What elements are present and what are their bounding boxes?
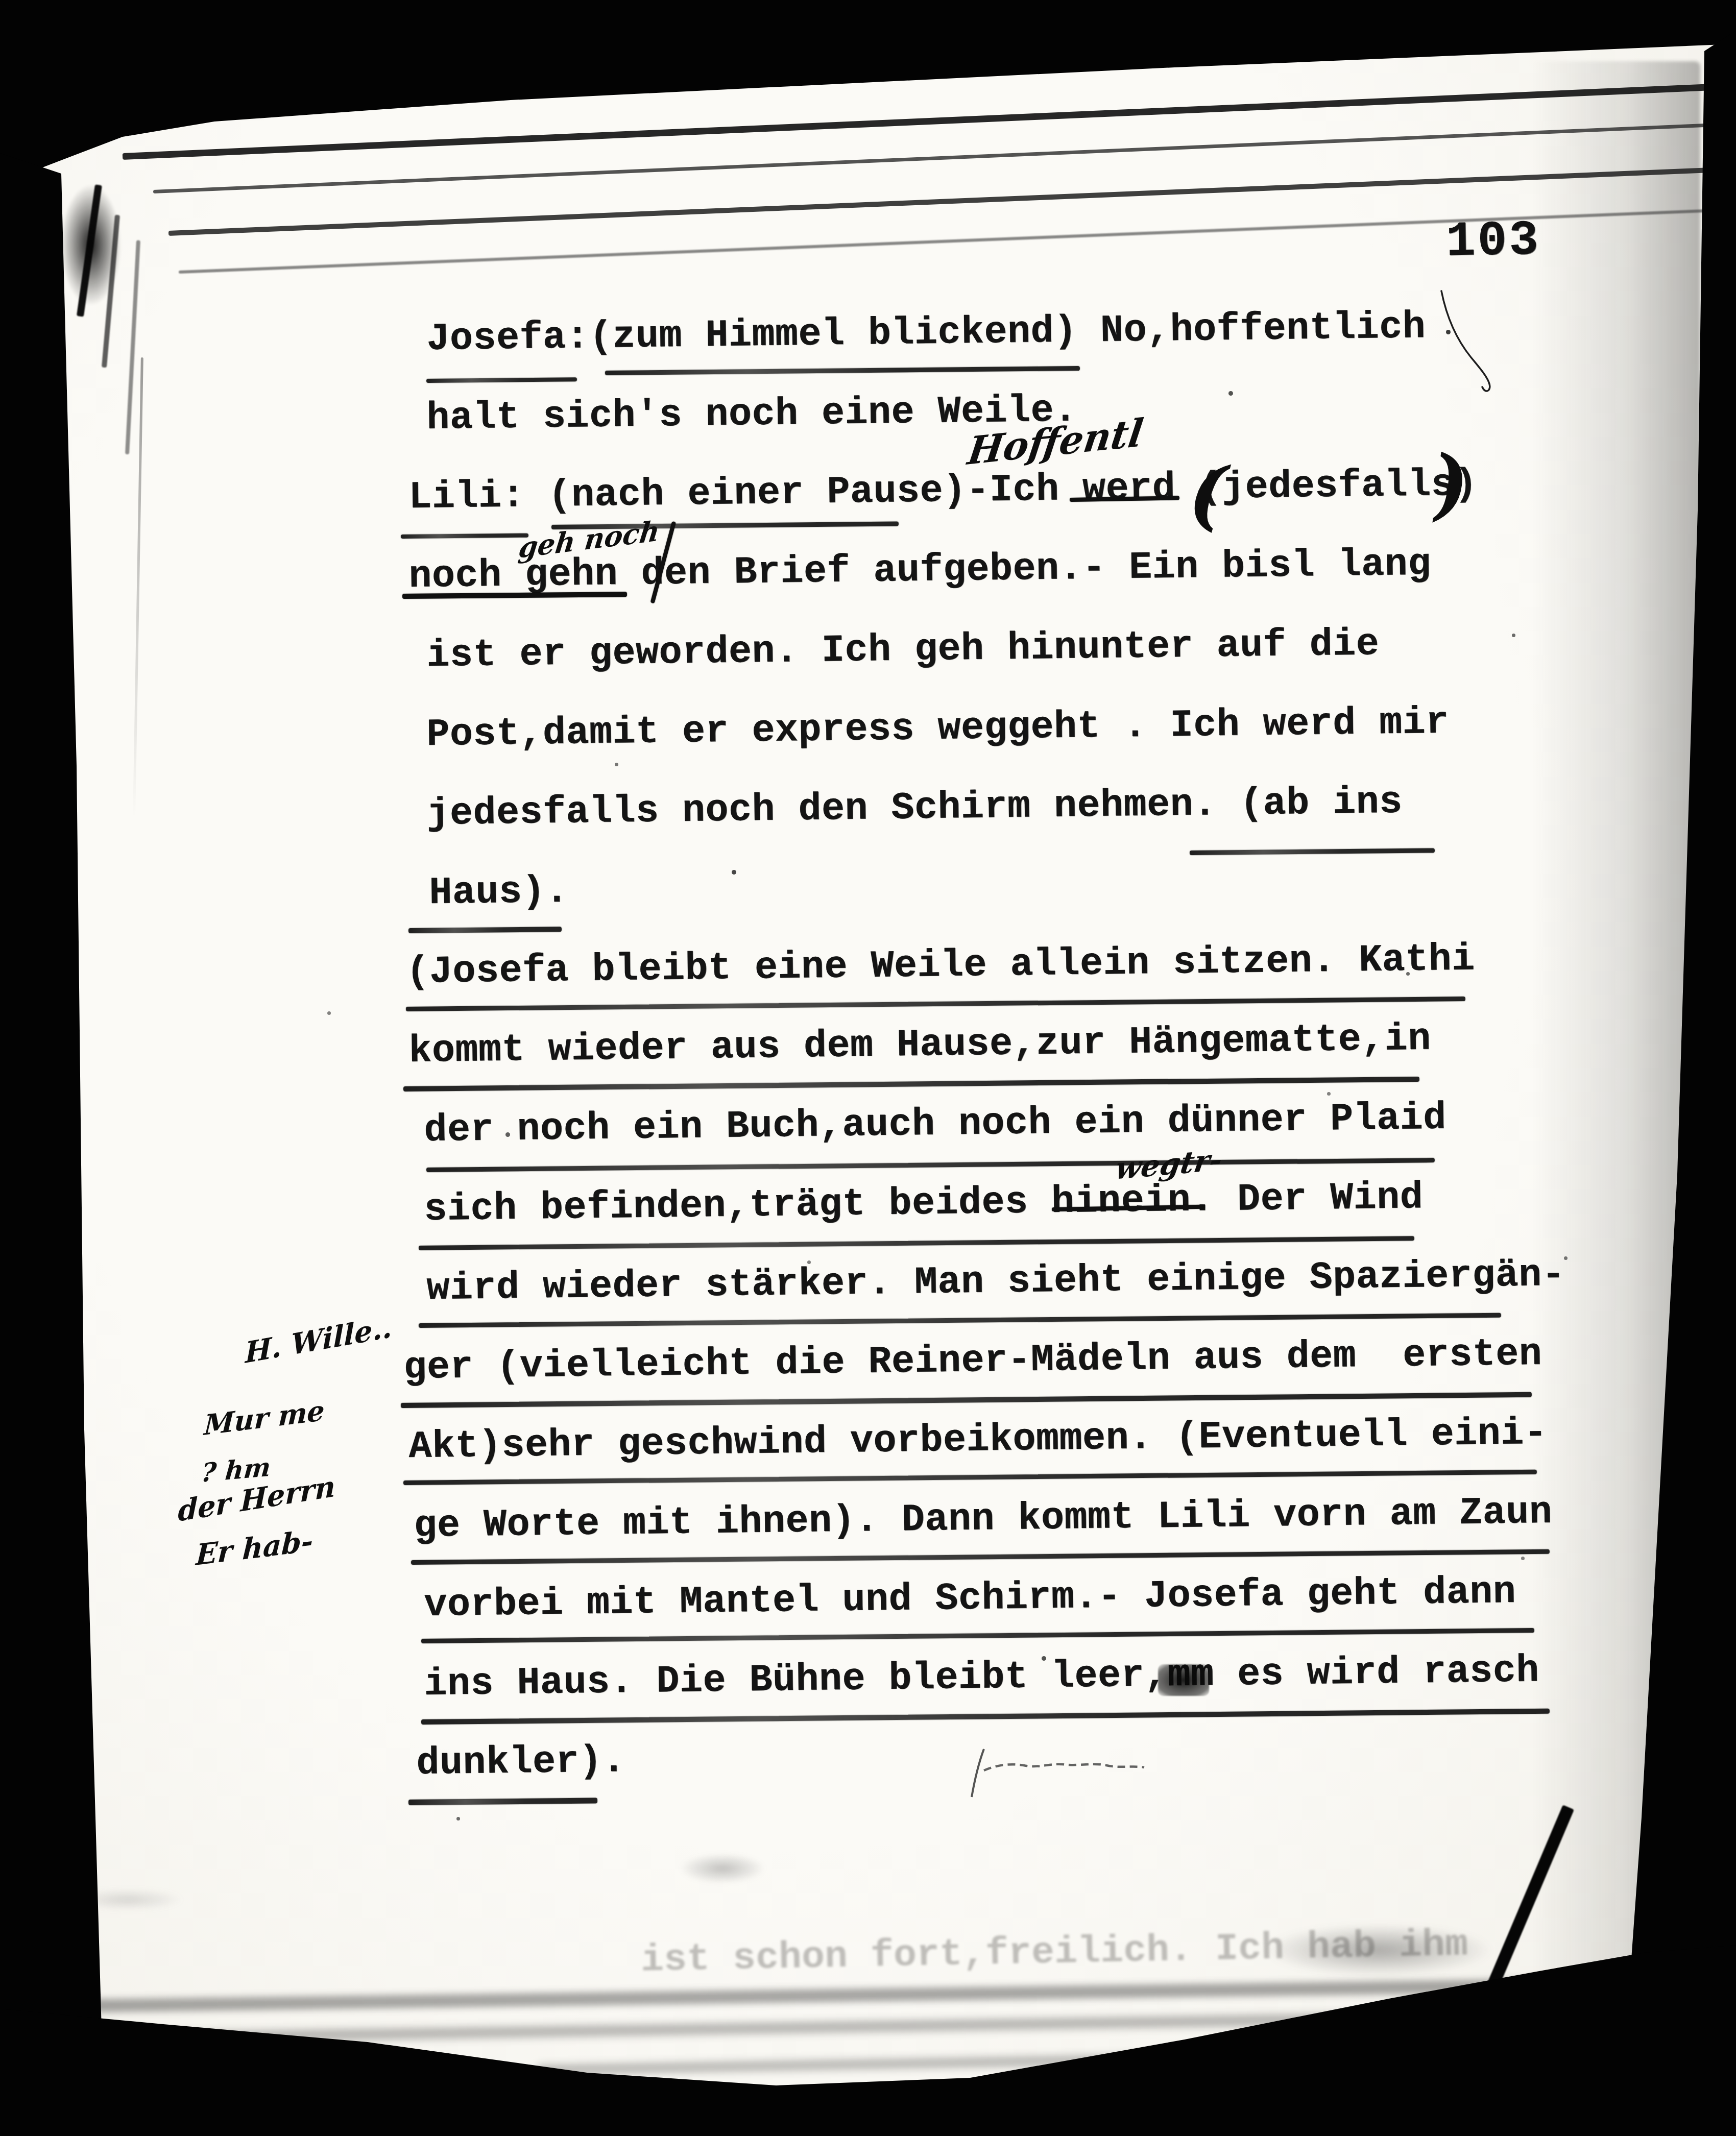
overtyped-chars [1158, 1664, 1209, 1696]
typescript-line: Haus). [429, 870, 569, 915]
page-number: 103 [1445, 212, 1541, 270]
corner-blotch [60, 184, 122, 306]
typescript-line: dunkler). [416, 1739, 626, 1785]
handwritten-paren-close: ) [1430, 436, 1472, 529]
ghost-smudge [1266, 1925, 1491, 1976]
pencil-squiggle [962, 1742, 1202, 1803]
scratch-mark [1427, 287, 1519, 404]
ghost-smudge [679, 1853, 766, 1884]
manuscript-scan: 103 Josefa:(zum Himmel blickend) No,hoff… [0, 0, 1736, 2136]
